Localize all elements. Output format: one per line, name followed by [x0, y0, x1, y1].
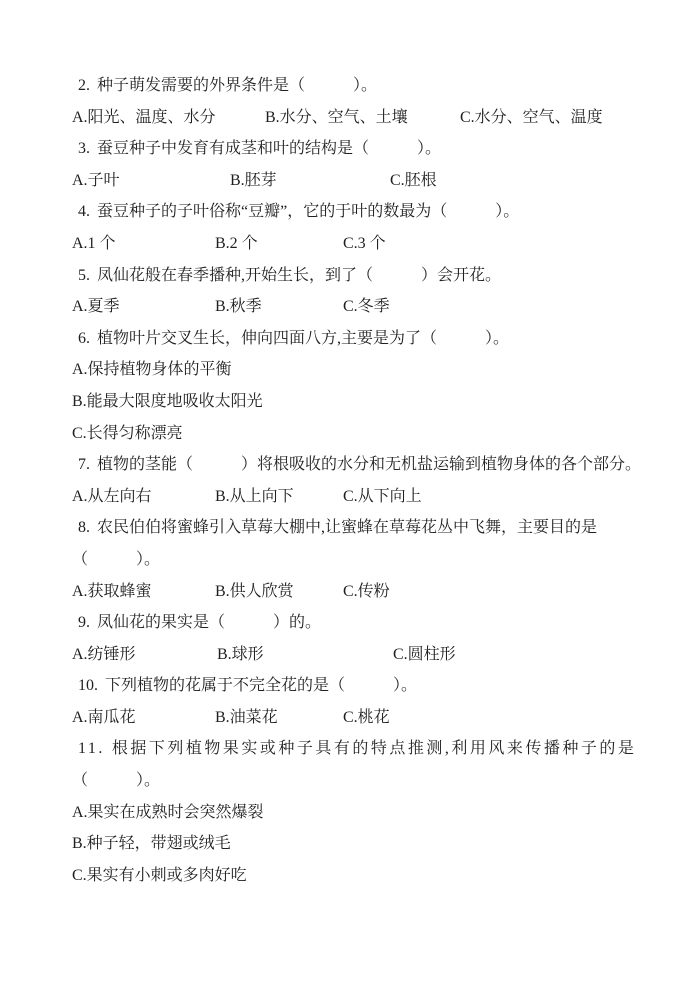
question-stem-text: 凤仙花的果实是（ ）的。	[97, 614, 321, 631]
option-b: B.种子轻，带翅或绒毛	[72, 828, 661, 860]
question-stem: 8.农民伯伯将蜜蜂引入草莓大棚中,让蜜蜂在草莓花丛中飞舞，主要目的是	[72, 512, 661, 544]
option-a: A.阳光、温度、水分	[72, 102, 265, 134]
question-number: 4.	[78, 203, 90, 220]
question-stem-text: 植物叶片交叉生长，伸向四面八方,主要是为了（ ）。	[97, 330, 509, 347]
option-b: B.水分、空气、土壤	[265, 102, 460, 134]
option-a: A.果实在成熟时会突然爆裂	[72, 797, 661, 829]
option-c: C.果实有小刺或多肉好吃	[72, 860, 661, 892]
question-10: 10.下列植物的花属于不完全花的是（ ）。 A.南瓜花 B.油菜花 C.桃花	[72, 670, 661, 733]
question-stem: 11.根据下列植物果实或种子具有的特点推测,利用风来传播种子的是	[72, 733, 661, 765]
question-11: 11.根据下列植物果实或种子具有的特点推测,利用风来传播种子的是 （ ）。 A.…	[72, 733, 661, 891]
option-b: B.胚芽	[230, 165, 390, 197]
option-a: A.保持植物身体的平衡	[72, 354, 661, 386]
question-stem: 6.植物叶片交叉生长，伸向四面八方,主要是为了（ ）。	[72, 323, 661, 355]
question-6: 6.植物叶片交叉生长，伸向四面八方,主要是为了（ ）。 A.保持植物身体的平衡 …	[72, 323, 661, 449]
option-a: A.获取蜂蜜	[72, 576, 215, 608]
question-stem: 4.蚕豆种子的子叶俗称“豆瓣”，它的于叶的数最为（ ）。	[72, 196, 661, 228]
option-b: B.2 个	[215, 228, 343, 260]
question-number: 6.	[78, 330, 90, 347]
options-row: A.阳光、温度、水分 B.水分、空气、土壤 C.水分、空气、温度	[72, 102, 661, 134]
question-stem: 2.种子萌发需要的外界条件是（ ）。	[72, 70, 661, 102]
option-c: C.冬季	[343, 291, 390, 323]
options-row: A.从左向右 B.从上向下 C.从下向上	[72, 481, 661, 513]
question-stem-continuation: （ ）。	[72, 765, 661, 797]
question-4: 4.蚕豆种子的子叶俗称“豆瓣”，它的于叶的数最为（ ）。 A.1 个 B.2 个…	[72, 196, 661, 259]
question-stem-continuation: （ ）。	[72, 544, 661, 576]
option-c: C.胚根	[390, 165, 437, 197]
question-stem-text: 农民伯伯将蜜蜂引入草莓大棚中,让蜜蜂在草莓花丛中飞舞，主要目的是	[97, 519, 597, 536]
question-number: 5.	[78, 267, 90, 284]
question-stem: 5.凤仙花般在春季播种,开始生长，到了（ ）会开花。	[72, 260, 661, 292]
option-b: B.供人欣赏	[215, 576, 343, 608]
option-b: B.从上向下	[215, 481, 343, 513]
option-b: B.能最大限度地吸收太阳光	[72, 386, 661, 418]
option-b: B.油菜花	[215, 702, 343, 734]
options-row: A.1 个 B.2 个 C.3 个	[72, 228, 661, 260]
option-c: C.圆柱形	[393, 639, 456, 671]
option-c: C.长得匀称漂亮	[72, 418, 661, 450]
question-9: 9.凤仙花的果实是（ ）的。 A.纺锤形 B.球形 C.圆柱形	[72, 607, 661, 670]
question-8: 8.农民伯伯将蜜蜂引入草莓大棚中,让蜜蜂在草莓花丛中飞舞，主要目的是 （ ）。 …	[72, 512, 661, 607]
question-5: 5.凤仙花般在春季播种,开始生长，到了（ ）会开花。 A.夏季 B.秋季 C.冬…	[72, 260, 661, 323]
question-3: 3.蚕豆种子中发育有成茎和叶的结构是（ ）。 A.子叶 B.胚芽 C.胚根	[72, 133, 661, 196]
option-b: B.秋季	[215, 291, 343, 323]
option-a: A.1 个	[72, 228, 215, 260]
question-number: 3.	[78, 140, 90, 157]
option-a: A.从左向右	[72, 481, 215, 513]
question-number: 9.	[78, 614, 90, 631]
option-c: C.从下向上	[343, 481, 422, 513]
question-number: 7.	[78, 456, 90, 473]
question-7: 7.植物的茎能（ ）将根吸收的水分和无机盐运输到植物身体的各个部分。 A.从左向…	[72, 449, 661, 512]
option-c: C.传粉	[343, 576, 390, 608]
options-row: A.获取蜂蜜 B.供人欣赏 C.传粉	[72, 576, 661, 608]
question-number: 2.	[78, 77, 90, 94]
options-row: A.南瓜花 B.油菜花 C.桃花	[72, 702, 661, 734]
question-stem-text: 植物的茎能（ ）将根吸收的水分和无机盐运输到植物身体的各个部分。	[97, 456, 641, 473]
question-stem-text: 种子萌发需要的外界条件是（ ）。	[97, 77, 377, 94]
option-a: A.子叶	[72, 165, 230, 197]
question-number: 11.	[78, 740, 105, 757]
options-row: A.子叶 B.胚芽 C.胚根	[72, 165, 661, 197]
question-stem: 3.蚕豆种子中发育有成茎和叶的结构是（ ）。	[72, 133, 661, 165]
question-stem: 7.植物的茎能（ ）将根吸收的水分和无机盐运输到植物身体的各个部分。	[72, 449, 661, 481]
options-row: A.夏季 B.秋季 C.冬季	[72, 291, 661, 323]
option-c: C.水分、空气、温度	[460, 102, 603, 134]
question-stem-text: 蚕豆种子的子叶俗称“豆瓣”，它的于叶的数最为（ ）。	[97, 203, 519, 220]
question-stem-text: 下列植物的花属于不完全花的是（ ）。	[105, 677, 417, 694]
question-stem-text: 蚕豆种子中发育有成茎和叶的结构是（ ）。	[97, 140, 441, 157]
option-b: B.球形	[217, 639, 393, 671]
question-number: 8.	[78, 519, 90, 536]
question-stem-text: 凤仙花般在春季播种,开始生长，到了（ ）会开花。	[97, 267, 501, 284]
worksheet-page: 2.种子萌发需要的外界条件是（ ）。 A.阳光、温度、水分 B.水分、空气、土壤…	[0, 0, 695, 982]
option-a: A.南瓜花	[72, 702, 215, 734]
question-number: 10.	[78, 677, 98, 694]
question-stem-text: 根据下列植物果实或种子具有的特点推测,利用风来传播种子的是	[112, 740, 637, 757]
question-stem: 9.凤仙花的果实是（ ）的。	[72, 607, 661, 639]
option-a: A.纺锤形	[72, 639, 217, 671]
options-row: A.纺锤形 B.球形 C.圆柱形	[72, 639, 661, 671]
option-a: A.夏季	[72, 291, 215, 323]
option-c: C.3 个	[343, 228, 386, 260]
question-2: 2.种子萌发需要的外界条件是（ ）。 A.阳光、温度、水分 B.水分、空气、土壤…	[72, 70, 661, 133]
option-c: C.桃花	[343, 702, 390, 734]
question-stem: 10.下列植物的花属于不完全花的是（ ）。	[72, 670, 661, 702]
